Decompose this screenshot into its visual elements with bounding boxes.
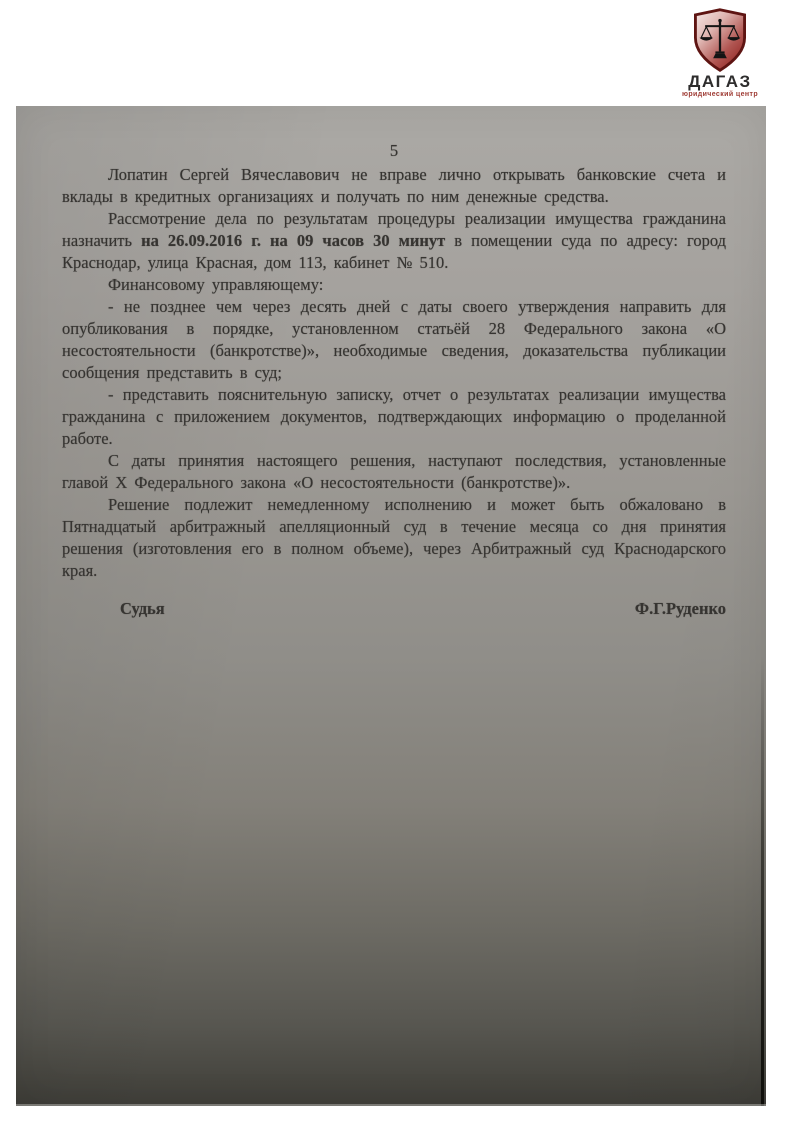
paragraph-hearing-date: Рассмотрение дела по результатам процеду… — [62, 208, 726, 274]
judge-name: Ф.Г.Руденко — [635, 598, 726, 620]
paragraph-restrictions: Лопатин Сергей Вячеславович не вправе ли… — [62, 164, 726, 208]
scan-bottom-edge-highlight — [16, 1104, 766, 1106]
paragraph-report-duty: - представить пояснительную записку, отч… — [62, 384, 726, 450]
paragraph-publication-duty: - не позднее чем через десять дней с дат… — [62, 296, 726, 384]
signature-row: Судья Ф.Г.Руденко — [62, 598, 726, 620]
scales-of-justice-icon — [688, 8, 752, 72]
paragraph-appeal: Решение подлежит немедленному исполнению… — [62, 494, 726, 582]
logo-tagline: юридический центр — [665, 91, 775, 99]
judge-title: Судья — [62, 598, 165, 620]
paragraph-consequences: С даты принятия настоящего решения, наст… — [62, 450, 726, 494]
page-number: 5 — [62, 140, 726, 162]
paragraph-hearing-date-bold: на 26.09.2016 г. на 09 часов 30 минут — [141, 231, 445, 250]
scan-right-edge-shadow — [761, 656, 764, 1106]
logo-brand-name: ДАГАЗ — [665, 73, 775, 91]
scanned-document-page: 5 Лопатин Сергей Вячеславович не вправе … — [16, 106, 766, 1106]
law-firm-logo: ДАГАЗ юридический центр — [665, 8, 775, 99]
paragraph-manager-heading: Финансовому управляющему: — [62, 274, 726, 296]
document-text-block: 5 Лопатин Сергей Вячеславович не вправе … — [62, 140, 726, 620]
